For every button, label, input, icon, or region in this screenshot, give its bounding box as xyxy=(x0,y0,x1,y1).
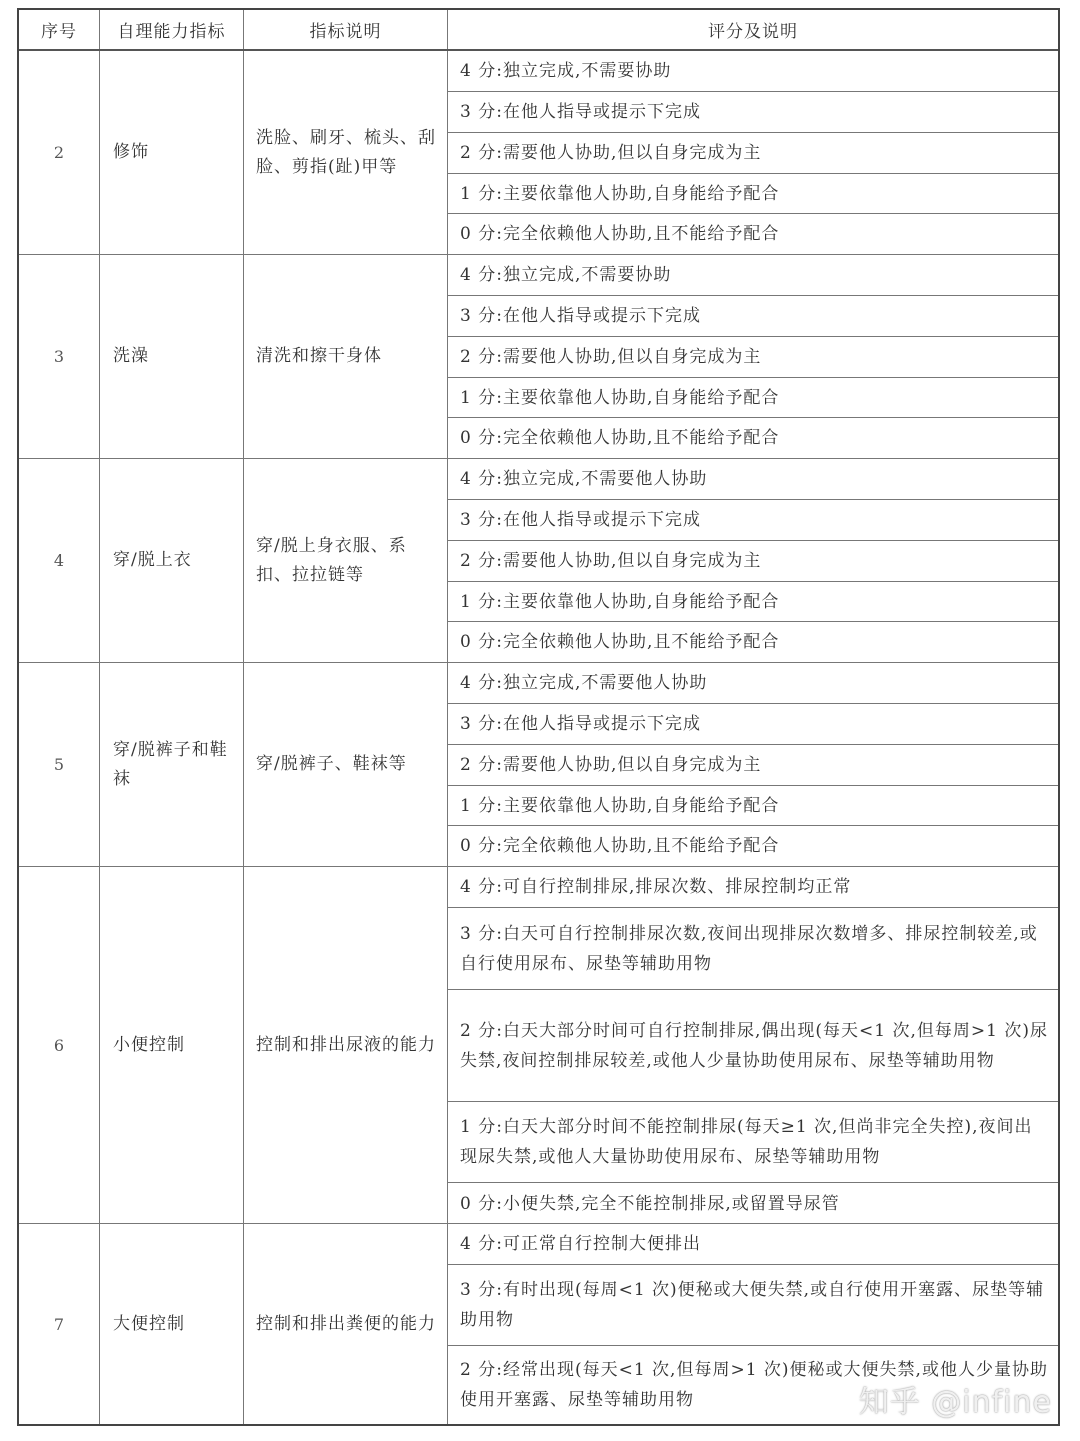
score-list: 4 分:独立完成,不需要协助 3 分:在他人指导或提示下完成 2 分:需要他人协… xyxy=(448,51,1058,254)
row-description: 洗脸、刷牙、梳头、刮脸、剪指(趾)甲等 xyxy=(244,51,448,254)
row-number: 6 xyxy=(19,867,100,1223)
row-description: 控制和排出尿液的能力 xyxy=(244,867,448,1223)
score-item: 0 分:小便失禁,完全不能控制排尿,或留置导尿管 xyxy=(448,1183,1058,1224)
score-item: 1 分:主要依靠他人协助,自身能给予配合 xyxy=(448,378,1058,418)
score-item: 3 分:在他人指导或提示下完成 xyxy=(448,500,1058,541)
row-indicator: 小便控制 xyxy=(100,867,244,1223)
score-item: 1 分:主要依靠他人协助,自身能给予配合 xyxy=(448,174,1058,214)
row-description: 穿/脱上身衣服、系扣、拉拉链等 xyxy=(244,459,448,662)
score-item: 3 分:有时出现(每周<1 次)便秘或大便失禁,或自行使用开塞露、尿垫等辅助用物 xyxy=(448,1265,1058,1346)
row-number: 2 xyxy=(19,51,100,254)
score-item: 2 分:需要他人协助,但以自身完成为主 xyxy=(448,337,1058,378)
row-number: 7 xyxy=(19,1224,100,1424)
score-item: 0 分:完全依赖他人协助,且不能给予配合 xyxy=(448,826,1058,866)
score-item: 4 分:独立完成,不需要协助 xyxy=(448,255,1058,296)
table-header: 序号 自理能力指标 指标说明 评分及说明 xyxy=(19,10,1058,51)
score-list: 4 分:独立完成,不需要他人协助 3 分:在他人指导或提示下完成 2 分:需要他… xyxy=(448,459,1058,662)
score-list: 4 分:可自行控制排尿,排尿次数、排尿控制均正常 3 分:白天可自行控制排尿次数… xyxy=(448,867,1058,1223)
score-item: 0 分:完全依赖他人协助,且不能给予配合 xyxy=(448,622,1058,662)
self-care-assessment-table: 序号 自理能力指标 指标说明 评分及说明 2 修饰 洗脸、刷牙、梳头、刮脸、剪指… xyxy=(17,8,1060,1426)
score-item: 3 分:在他人指导或提示下完成 xyxy=(448,92,1058,133)
row-indicator: 修饰 xyxy=(100,51,244,254)
header-indicator: 自理能力指标 xyxy=(100,10,244,49)
table-row-group: 6 小便控制 控制和排出尿液的能力 4 分:可自行控制排尿,排尿次数、排尿控制均… xyxy=(19,867,1058,1224)
zhihu-watermark: 知乎 @infine xyxy=(859,1377,1052,1421)
score-item: 2 分:需要他人协助,但以自身完成为主 xyxy=(448,745,1058,786)
row-indicator: 穿/脱上衣 xyxy=(100,459,244,662)
row-indicator: 洗澡 xyxy=(100,255,244,458)
table-row-group: 5 穿/脱裤子和鞋袜 穿/脱裤子、鞋袜等 4 分:独立完成,不需要他人协助 3 … xyxy=(19,663,1058,867)
table-row-group: 4 穿/脱上衣 穿/脱上身衣服、系扣、拉拉链等 4 分:独立完成,不需要他人协助… xyxy=(19,459,1058,663)
score-item: 3 分:在他人指导或提示下完成 xyxy=(448,296,1058,337)
score-list: 4 分:独立完成,不需要他人协助 3 分:在他人指导或提示下完成 2 分:需要他… xyxy=(448,663,1058,866)
score-item: 0 分:完全依赖他人协助,且不能给予配合 xyxy=(448,418,1058,458)
score-list: 4 分:独立完成,不需要协助 3 分:在他人指导或提示下完成 2 分:需要他人协… xyxy=(448,255,1058,458)
score-item: 3 分:白天可自行控制排尿次数,夜间出现排尿次数增多、排尿控制较差,或自行使用尿… xyxy=(448,908,1058,990)
score-item: 2 分:需要他人协助,但以自身完成为主 xyxy=(448,541,1058,582)
row-number: 4 xyxy=(19,459,100,662)
score-item: 3 分:在他人指导或提示下完成 xyxy=(448,704,1058,745)
score-item: 2 分:白天大部分时间可自行控制排尿,偶出现(每天<1 次,但每周>1 次)尿失… xyxy=(448,990,1058,1102)
score-item: 2 分:需要他人协助,但以自身完成为主 xyxy=(448,133,1058,174)
row-number: 3 xyxy=(19,255,100,458)
header-score: 评分及说明 xyxy=(448,10,1058,49)
score-item: 4 分:独立完成,不需要他人协助 xyxy=(448,663,1058,704)
score-item: 4 分:独立完成,不需要协助 xyxy=(448,51,1058,92)
score-item: 1 分:主要依靠他人协助,自身能给予配合 xyxy=(448,582,1058,622)
score-item: 0 分:完全依赖他人协助,且不能给予配合 xyxy=(448,214,1058,254)
score-item: 1 分:主要依靠他人协助,自身能给予配合 xyxy=(448,786,1058,826)
row-description: 清洗和擦干身体 xyxy=(244,255,448,458)
row-indicator: 穿/脱裤子和鞋袜 xyxy=(100,663,244,866)
row-description: 控制和排出粪便的能力 xyxy=(244,1224,448,1424)
row-description: 穿/脱裤子、鞋袜等 xyxy=(244,663,448,866)
header-no: 序号 xyxy=(19,10,100,49)
table-row-group: 3 洗澡 清洗和擦干身体 4 分:独立完成,不需要协助 3 分:在他人指导或提示… xyxy=(19,255,1058,459)
score-item: 4 分:可自行控制排尿,排尿次数、排尿控制均正常 xyxy=(448,867,1058,908)
header-description: 指标说明 xyxy=(244,10,448,49)
table-row-group: 2 修饰 洗脸、刷牙、梳头、刮脸、剪指(趾)甲等 4 分:独立完成,不需要协助 … xyxy=(19,51,1058,255)
score-item: 4 分:可正常自行控制大便排出 xyxy=(448,1224,1058,1265)
score-item: 4 分:独立完成,不需要他人协助 xyxy=(448,459,1058,500)
row-number: 5 xyxy=(19,663,100,866)
row-indicator: 大便控制 xyxy=(100,1224,244,1424)
score-item: 1 分:白天大部分时间不能控制排尿(每天≥1 次,但尚非完全失控),夜间出现尿失… xyxy=(448,1102,1058,1183)
